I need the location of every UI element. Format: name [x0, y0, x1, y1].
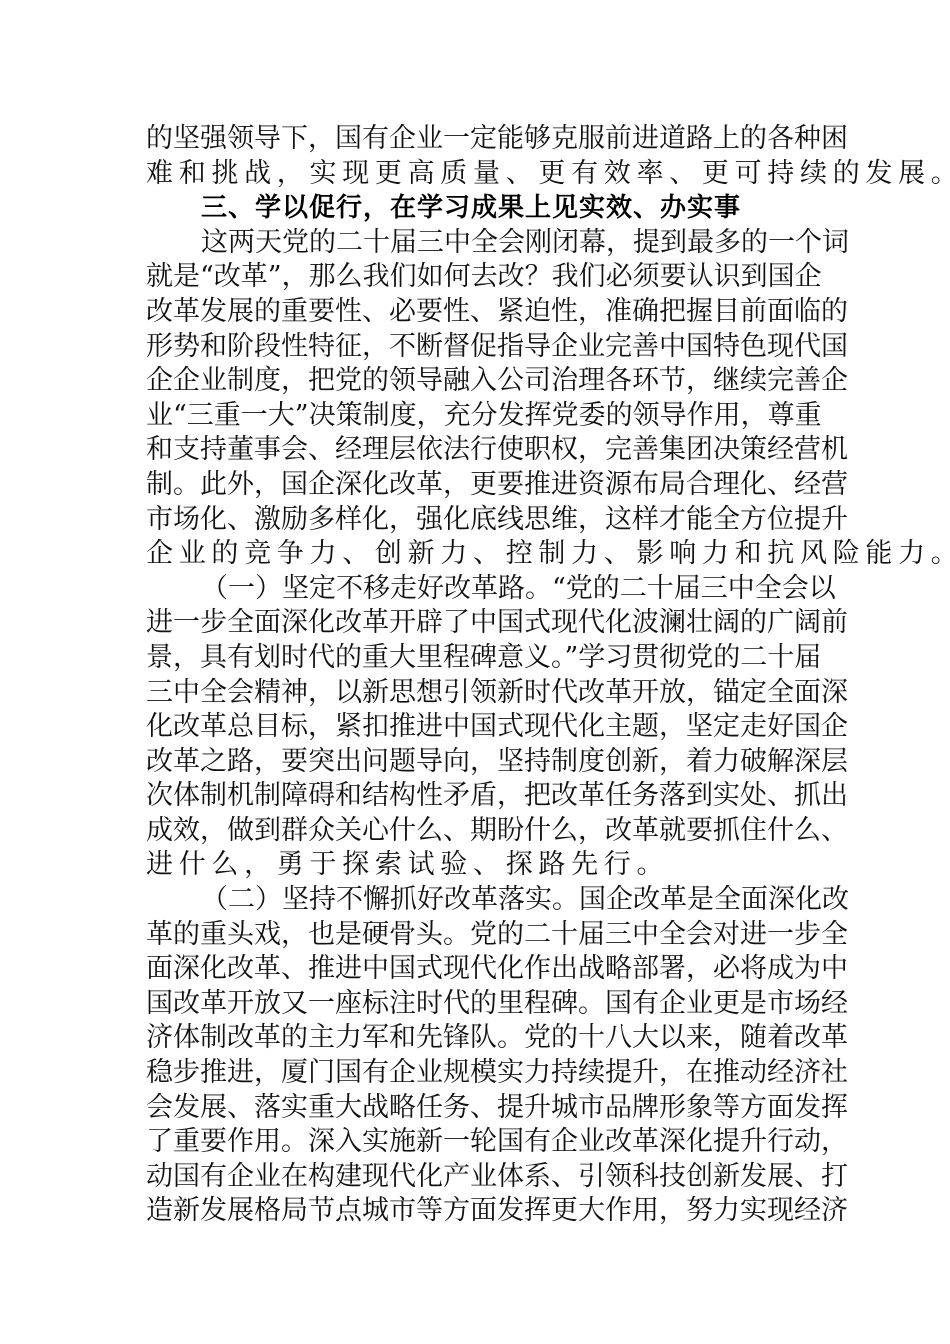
- paragraph-line: 革的重头戏，也是硬骨头。党的二十届三中全会对进一步全: [146, 918, 804, 953]
- paragraph-line: 造新发展格局节点城市等方面发挥更大作用，努力实现经济: [146, 1194, 804, 1229]
- paragraph-line: 进什么，勇于探索试验、探路先行。: [146, 848, 804, 883]
- paragraph-line: 市场化、激励多样化，强化底线思维，这样才能全方位提升: [146, 503, 804, 538]
- paragraph-line: 企业的竞争力、创新力、控制力、影响力和抗风险能力。: [146, 537, 804, 572]
- paragraph-line: 面深化改革、推进中国式现代化作出战略部署，必将成为中: [146, 952, 804, 987]
- document-page: 的坚强领导下，国有企业一定能够克服前进道路上的各种困 难和挑战，实现更高质量、更…: [146, 122, 804, 1229]
- paragraph-line: 济体制改革的主力军和先锋队。党的十八大以来，随着改革: [146, 1021, 804, 1056]
- paragraph-line: 成效，做到群众关心什么、期盼什么，改革就要抓住什么、: [146, 814, 804, 849]
- paragraph-line: 次体制机制障碍和结构性矛盾，把改革任务落到实处、抓出: [146, 779, 804, 814]
- subsection-heading-line: （二）坚持不懈抓好改革落实。国企改革是全面深化改: [146, 883, 804, 918]
- paragraph-line: 化改革总目标，紧扣推进中国式现代化主题，坚定走好国企: [146, 710, 804, 745]
- paragraph-line: 业“三重一大”决策制度，充分发挥党委的领导作用，尊重: [146, 399, 804, 434]
- paragraph-line: 了重要作用。深入实施新一轮国有企业改革深化提升行动，: [146, 1125, 804, 1160]
- paragraph-line: 就是“改革”，那么我们如何去改？我们必须要认识到国企: [146, 260, 804, 295]
- paragraph-line: 改革之路，要突出问题导向，坚持制度创新，着力破解深层: [146, 745, 804, 780]
- paragraph-line: 和支持董事会、经理层依法行使职权，完善集团决策经营机: [146, 433, 804, 468]
- paragraph-line: 企企业制度，把党的领导融入公司治理各环节，继续完善企: [146, 364, 804, 399]
- paragraph-line: 难和挑战，实现更高质量、更有效率、更可持续的发展。: [146, 157, 804, 192]
- paragraph-line: 形势和阶段性特征，不断督促指导企业完善中国特色现代国: [146, 330, 804, 365]
- paragraph-line: 景，具有划时代的重大里程碑意义。”学习贯彻党的二十届: [146, 641, 804, 676]
- paragraph-line: 三中全会精神，以新思想引领新时代改革开放，锚定全面深: [146, 676, 804, 711]
- paragraph-line: 制。此外，国企深化改革，更要推进资源布局合理化、经营: [146, 468, 804, 503]
- paragraph-line: 国改革开放又一座标注时代的里程碑。国有企业更是市场经: [146, 987, 804, 1022]
- paragraph-line: 改革发展的重要性、必要性、紧迫性，准确把握目前面临的: [146, 295, 804, 330]
- paragraph-line: 稳步推进，厦门国有企业规模实力持续提升，在推动经济社: [146, 1056, 804, 1091]
- paragraph-line: 动国有企业在构建现代化产业体系、引领科技创新发展、打: [146, 1160, 804, 1195]
- paragraph-line: 的坚强领导下，国有企业一定能够克服前进道路上的各种困: [146, 122, 804, 157]
- subsection-heading-line: （一）坚定不移走好改革路。“党的二十届三中全会以: [146, 572, 804, 607]
- paragraph-line: 这两天党的二十届三中全会刚闭幕，提到最多的一个词: [146, 226, 804, 261]
- paragraph-line: 进一步全面深化改革开辟了中国式现代化波澜壮阔的广阔前: [146, 606, 804, 641]
- paragraph-line: 会发展、落实重大战略任务、提升城市品牌形象等方面发挥: [146, 1091, 804, 1126]
- section-heading: 三、学以促行，在学习成果上见实效、办实事: [146, 191, 804, 226]
